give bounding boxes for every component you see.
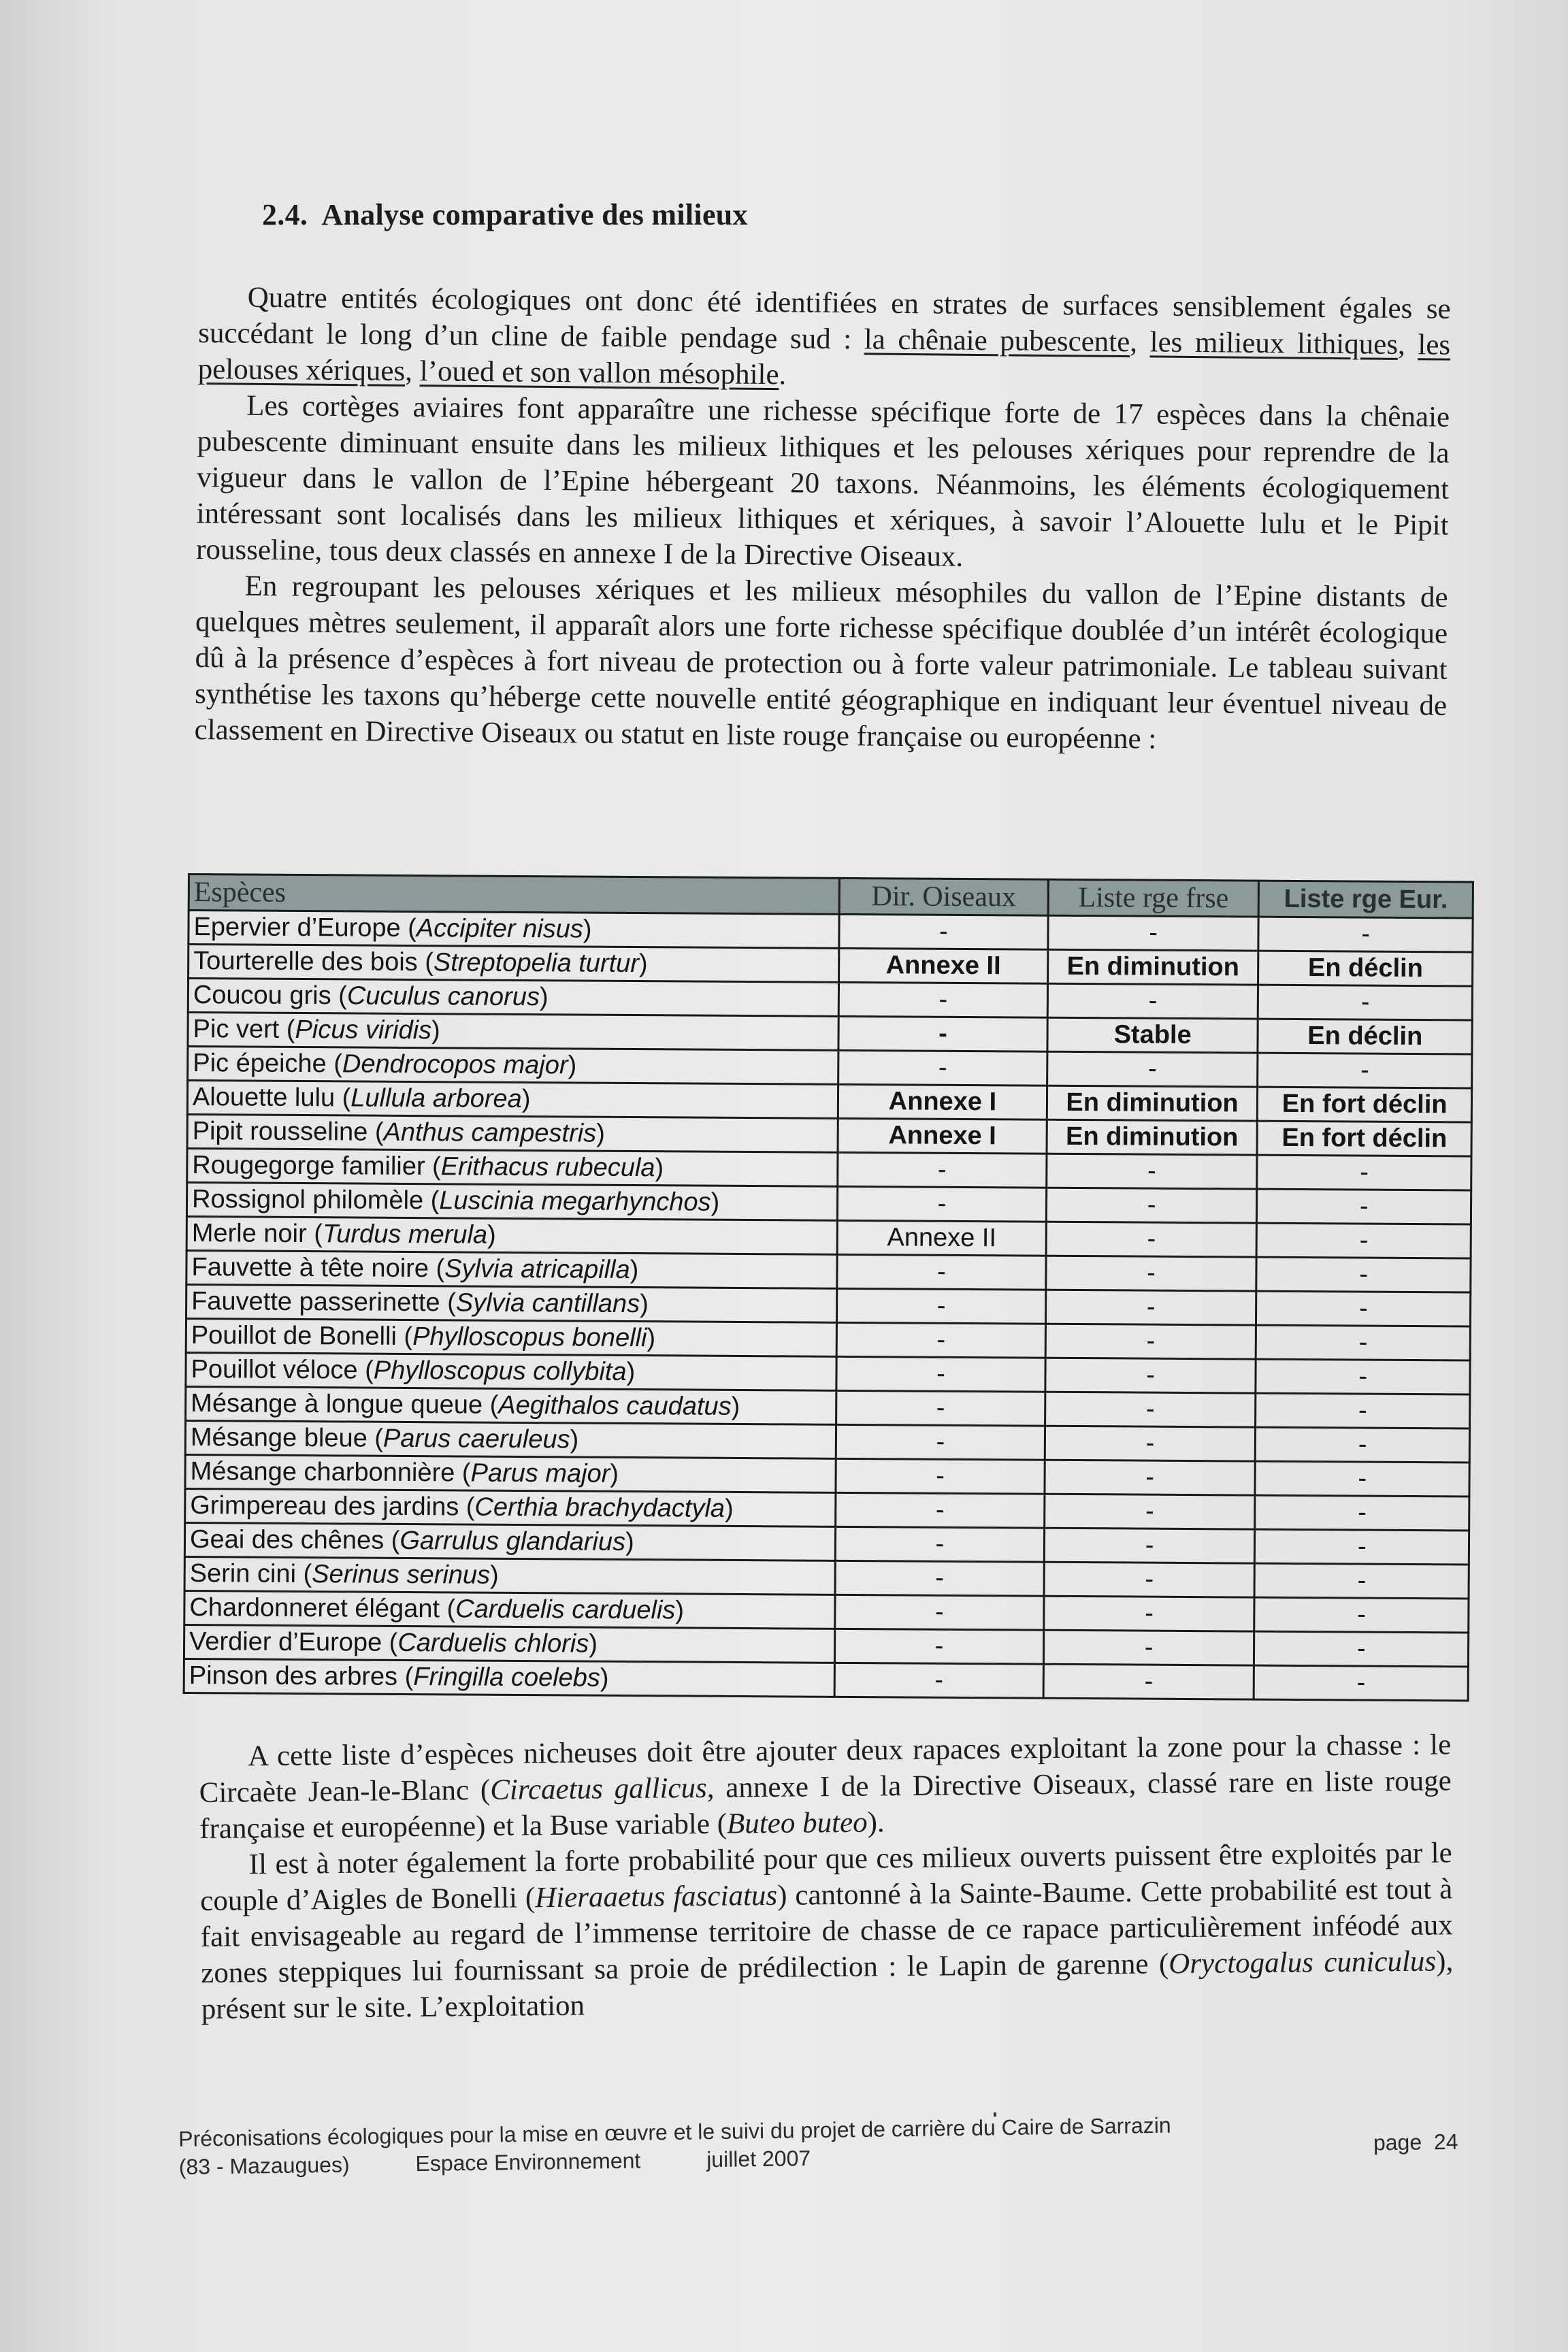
status-cell-dir: - <box>836 1424 1045 1460</box>
species-name-cell: Verdier d’Europe (Carduelis chloris) <box>184 1624 834 1663</box>
paragraph-entities: Quatre entités écologiques ont donc été … <box>197 279 1450 399</box>
species-name-cell: Epervier d’Europe (Accipiter nisus) <box>189 911 839 949</box>
species-name-cell: Pinson des arbres (Fringilla coelebs) <box>184 1659 834 1697</box>
document-page: 2.4. Analyse comparative des milieux Qua… <box>0 0 1568 2352</box>
status-cell-eur: En fort déclin <box>1257 1121 1471 1156</box>
status-cell-eur: - <box>1255 1495 1469 1531</box>
status-cell-eur: - <box>1256 1257 1471 1292</box>
species-name-cell: Geai des chênes (Garrulus glandarius) <box>184 1522 835 1561</box>
status-cell-dir: - <box>836 1390 1045 1426</box>
header-liste-eur: Liste rge Eur. <box>1259 881 1473 918</box>
status-cell-eur: - <box>1258 1053 1472 1088</box>
status-cell-dir: - <box>835 1595 1044 1630</box>
status-cell-frse: - <box>1045 1392 1256 1427</box>
status-cell-dir: - <box>836 1458 1045 1494</box>
status-cell-frse: - <box>1046 1222 1257 1257</box>
species-name-cell: Fauvette passerinette (Sylvia cantillans… <box>186 1284 837 1322</box>
status-cell-dir: - <box>838 1016 1047 1051</box>
page-number: page 24 <box>1373 2129 1458 2156</box>
species-name-cell: Pouillot véloce (Phylloscopus collybita) <box>186 1352 836 1390</box>
status-cell-eur: - <box>1257 1155 1471 1190</box>
status-cell-dir: - <box>838 1186 1047 1222</box>
status-cell-dir: - <box>837 1254 1046 1290</box>
status-cell-eur: - <box>1254 1631 1469 1667</box>
section-heading: 2.4. Analyse comparative des milieux <box>262 197 748 232</box>
status-cell-frse: - <box>1045 1358 1256 1393</box>
status-cell-frse: - <box>1047 983 1258 1019</box>
status-cell-dir: Annexe II <box>837 1220 1046 1256</box>
status-cell-eur: - <box>1255 1461 1469 1497</box>
page-footer: Préconisations écologiques pour la mise … <box>178 2108 1499 2180</box>
status-cell-dir: - <box>835 1629 1044 1664</box>
status-cell-frse: - <box>1043 1664 1254 1699</box>
status-cell-dir: - <box>835 1561 1044 1596</box>
species-table: Espèces Dir. Oiseaux Liste rge frse List… <box>183 873 1474 1702</box>
status-cell-dir: - <box>838 982 1047 1017</box>
status-cell-frse: - <box>1046 1188 1257 1223</box>
species-name-cell: Rossignol philomèle (Luscinia megarhynch… <box>186 1183 837 1221</box>
status-cell-frse: - <box>1044 1562 1255 1597</box>
status-cell-dir: - <box>836 1492 1045 1528</box>
entity-4: l’oued et son vallon mésophile <box>420 355 779 391</box>
section-number: 2.4. <box>262 198 308 231</box>
species-name-cell: Tourterelle des bois (Streptopelia turtu… <box>189 945 839 983</box>
status-cell-frse: - <box>1045 1324 1256 1359</box>
status-cell-eur: - <box>1258 917 1473 952</box>
table-body: Epervier d’Europe (Accipiter nisus)---To… <box>184 911 1473 1701</box>
header-dir-oiseaux: Dir. Oiseaux <box>839 878 1048 915</box>
species-name-cell: Alouette lulu (Lullula arborea) <box>187 1081 838 1119</box>
footer-organization: Espace Environnement <box>415 2149 640 2176</box>
status-cell-frse: - <box>1048 915 1259 951</box>
status-cell-eur: En déclin <box>1258 951 1473 986</box>
status-cell-frse: En diminution <box>1047 1120 1258 1155</box>
species-name-cell: Pouillot de Bonelli (Phylloscopus bonell… <box>186 1318 836 1356</box>
status-cell-frse: En diminution <box>1047 949 1258 985</box>
species-name-cell: Pic épeiche (Dendrocopos major) <box>188 1047 838 1085</box>
status-cell-eur: - <box>1255 1529 1469 1565</box>
status-cell-frse: - <box>1047 1051 1258 1087</box>
status-cell-dir: Annexe I <box>838 1118 1047 1154</box>
status-cell-frse: - <box>1043 1596 1254 1631</box>
species-name-cell: Mésange à longue queue (Aegithalos cauda… <box>186 1386 836 1424</box>
status-cell-eur: - <box>1256 1325 1471 1360</box>
header-species: Espèces <box>189 875 839 915</box>
status-cell-dir: - <box>836 1322 1045 1358</box>
header-liste-frse: Liste rge frse <box>1048 879 1259 917</box>
species-name-cell: Merle noir (Turdus merula) <box>186 1216 837 1254</box>
species-name-cell: Chardonneret élégant (Carduelis cardueli… <box>184 1590 835 1629</box>
species-name-cell: Pipit rousseline (Anthus campestris) <box>187 1115 838 1153</box>
species-name-cell: Rougegorge familier (Erithacus rubecula) <box>187 1149 838 1187</box>
status-cell-eur: - <box>1256 1427 1470 1463</box>
status-cell-eur: - <box>1256 1359 1470 1394</box>
paragraph-bonelli: Il est à noter également la forte probab… <box>200 1835 1454 2027</box>
status-cell-eur: En déclin <box>1258 1019 1472 1054</box>
status-cell-dir: - <box>838 1050 1047 1085</box>
closing-paragraphs: A cette liste d’espèces nicheuses doit ê… <box>199 1727 1454 2027</box>
status-cell-eur: - <box>1257 1189 1471 1224</box>
status-cell-dir: - <box>836 1356 1045 1392</box>
status-cell-dir: - <box>834 1663 1043 1698</box>
entity-2: les milieux lithiques <box>1149 326 1398 360</box>
status-cell-dir: - <box>838 1152 1047 1188</box>
status-cell-dir: Annexe I <box>838 1084 1047 1120</box>
section-title: Analyse comparative des milieux <box>321 198 747 231</box>
status-cell-eur: - <box>1256 1291 1471 1326</box>
status-cell-frse: Stable <box>1047 1017 1258 1053</box>
species-name-cell: Mésange bleue (Parus caeruleus) <box>185 1420 836 1458</box>
status-cell-eur: - <box>1256 1393 1470 1428</box>
intro-paragraphs: Quatre entités écologiques ont donc été … <box>194 279 1451 760</box>
status-cell-frse: - <box>1045 1290 1256 1325</box>
status-cell-frse: - <box>1044 1528 1255 1563</box>
status-cell-frse: - <box>1046 1256 1257 1291</box>
paragraph-regrouping: En regroupant les pelouses xériques et l… <box>194 568 1448 760</box>
status-cell-eur: - <box>1254 1597 1469 1633</box>
status-cell-eur: - <box>1258 985 1473 1020</box>
species-name-cell: Fauvette à tête noire (Sylvia atricapill… <box>186 1250 837 1288</box>
status-cell-eur: En fort déclin <box>1258 1087 1472 1122</box>
species-name-cell: Mésange charbonnière (Parus major) <box>185 1454 836 1492</box>
footer-date: juillet 2007 <box>706 2146 811 2172</box>
paragraph-avian: Les cortèges aviaires font apparaître un… <box>196 387 1450 580</box>
species-name-cell: Grimpereau des jardins (Certhia brachyda… <box>185 1488 836 1526</box>
species-name-cell: Coucou gris (Cuculus canorus) <box>188 979 838 1017</box>
status-cell-frse: - <box>1044 1494 1255 1529</box>
paragraph-raptors: A cette liste d’espèces nicheuses doit ê… <box>199 1727 1452 1847</box>
status-cell-frse: En diminution <box>1047 1085 1258 1121</box>
table-row: Pinson des arbres (Fringilla coelebs)--- <box>184 1659 1468 1701</box>
status-cell-frse: - <box>1045 1426 1256 1461</box>
status-cell-eur: - <box>1254 1665 1469 1701</box>
species-name-cell: Pic vert (Picus viridis) <box>188 1013 838 1051</box>
bleed-through-text <box>197 129 1422 165</box>
species-name-cell: Serin cini (Serinus serinus) <box>184 1556 835 1595</box>
status-cell-frse: - <box>1043 1630 1254 1665</box>
status-cell-dir: - <box>837 1288 1046 1324</box>
entity-1: la chênaie pubescente <box>864 323 1130 358</box>
status-cell-dir: - <box>839 914 1048 949</box>
status-cell-eur: - <box>1257 1223 1471 1258</box>
status-cell-dir: Annexe II <box>839 948 1048 983</box>
footer-location: (83 - Mazaugues) <box>179 2152 350 2178</box>
status-cell-eur: - <box>1254 1563 1469 1599</box>
status-cell-frse: - <box>1045 1460 1256 1495</box>
status-cell-frse: - <box>1046 1154 1257 1189</box>
status-cell-dir: - <box>836 1526 1045 1562</box>
